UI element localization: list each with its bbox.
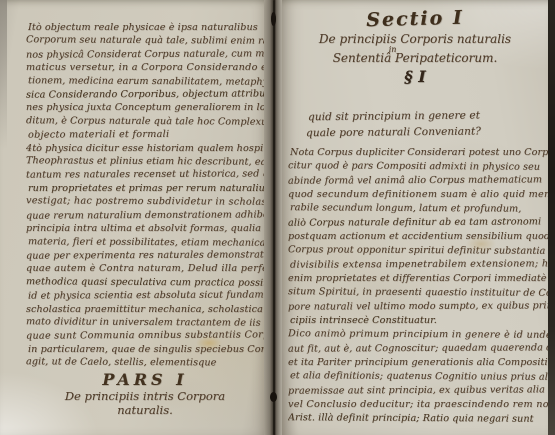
manuscript-line: situm Spiritui, in praesenti quaestio in… (288, 285, 548, 301)
manuscript-line: principia intra ultima et absolvit forma… (26, 222, 268, 235)
manuscript-line: id et physica scientia est absoluta sicu… (28, 288, 268, 303)
book-fore-edge (548, 0, 555, 435)
manuscript-line: in particularem, quae de singulis specie… (28, 343, 268, 356)
manuscript-line: quae sunt Communia omnibus substantiis C… (26, 329, 268, 344)
manuscript-line: vestigat; hac postremo subdividetur in s… (26, 195, 268, 210)
manuscript-line: Dico animò primum principium in genere è… (288, 327, 548, 343)
manuscript-line: Nota Corpus dupliciter Considerari potes… (290, 146, 548, 160)
manuscript-line: praemissae aut sint principia, ex quibus… (288, 383, 548, 398)
manuscript-line: cipiis intrinsecè Constituatur. (290, 314, 548, 328)
manuscript-line: rabile secundum longum, latum et profund… (290, 201, 548, 217)
manuscript-line: Corporum seu naturale quà tale, sublimi … (26, 34, 268, 49)
manuscript-line: enim proprietates et differentias Corpor… (288, 272, 548, 286)
manuscript-line: vel Conclusio deducitur; ita praescinden… (288, 398, 548, 412)
manuscript-line: tantum res naturales recenset ut histori… (26, 168, 268, 183)
subtitle-line2-text: Sententiâ Peripateticorum. (333, 51, 498, 65)
manuscript-line: quod secundum definitionem suam è alio q… (288, 188, 548, 202)
manuscript-line: citur quod è pars Compositi admixti in p… (288, 159, 548, 175)
right-page-text-block: Nota Corpus dupliciter Considerari potes… (288, 146, 548, 426)
gutter-ink-blob (271, 12, 276, 26)
manuscript-line: rum proprietates et primas per rerum nat… (28, 182, 268, 195)
gutter-shadow-line (273, 0, 275, 435)
manuscript-line: pore naturali vel ultimo modo sumpto, ex… (288, 299, 548, 314)
manuscript-line: nos physicâ Considerat Corpus naturale, … (26, 47, 268, 62)
manuscript-line: aliò Corpus naturale definitur ab ea tam… (288, 215, 548, 230)
paragraph-mark: § I (286, 68, 544, 86)
manuscript-line: tionem, medicina earum sanabilitatem, me… (28, 74, 268, 89)
manuscript-line: Arist. illà definit principia; Ratio qui… (288, 411, 548, 427)
open-manuscript-book-photo: Itò objectum reale physicae è ipsa natur… (0, 0, 555, 435)
manuscript-line: scholastica praemittitur mechanica, scho… (26, 303, 268, 316)
manuscript-line: quae rerum naturalium demonstrationem ad… (26, 208, 268, 223)
right-page-heading: Sectio I De principiis Corporis naturali… (286, 8, 544, 86)
left-page-edge-shadow (0, 0, 7, 150)
inserted-word: in (389, 40, 397, 59)
manuscript-line: sica Considerando Corporibus, objectum a… (26, 87, 268, 102)
manuscript-line: abinde formâ vel animâ alio Corpus mathe… (288, 173, 548, 188)
manuscript-line: maticus versetur, in a Corpora Considera… (26, 61, 268, 74)
right-page-question: quid sit principium in genere et quale p… (306, 108, 546, 140)
manuscript-line: agit, ut de Caelo, stellis, elementisque (26, 355, 268, 370)
pars-heading: PARS I (20, 370, 270, 389)
manuscript-line: et alia definitionis; quatenus Cognitio … (290, 369, 548, 385)
pars-subtitle-line2: naturalis. (20, 403, 270, 417)
manuscript-line: divisibilis extensa impenetrabilem exten… (290, 257, 548, 272)
manuscript-line: quale pore naturali Conveniant? (306, 123, 546, 142)
gutter-ink-blob (270, 392, 277, 402)
pars-subtitle-line1: De principiis intris Corpora (20, 389, 270, 403)
manuscript-line: quae per experimenta res naturales demon… (26, 248, 268, 263)
manuscript-line: quae autem è Contra naturam, Delud illa … (26, 262, 268, 275)
manuscript-line: aut fit, aut è, aut Cognoscitur; quaedam… (288, 341, 548, 356)
manuscript-line: postquam actionum et accidentium sensibi… (288, 230, 548, 244)
left-page-part-heading: PARS I De principiis intris Corpora natu… (20, 370, 270, 417)
manuscript-line: 4tò physica dicitur esse historiam quale… (26, 142, 268, 155)
manuscript-line: nes physica juxta Conceptum generaliorem… (26, 101, 268, 114)
left-page-text-block: Itò objectum reale physicae è ipsa natur… (26, 21, 268, 370)
heading-subtitle-line2: in Sententiâ Peripateticorum. (286, 49, 544, 68)
manuscript-line: et ita Pariter principium generationis a… (288, 356, 548, 370)
manuscript-line: Corpus prout opponitur spiritui definitu… (288, 243, 548, 259)
heading-subtitle-line1: De principiis Corporis naturalis (286, 30, 544, 49)
manuscript-line: materia, fieri et possibilitates, etiam … (28, 235, 268, 250)
book-gutter (264, 0, 284, 435)
manuscript-line: Itò objectum reale physicae è ipsa natur… (28, 21, 268, 34)
manuscript-line: objecto materiali et formali (28, 128, 268, 143)
